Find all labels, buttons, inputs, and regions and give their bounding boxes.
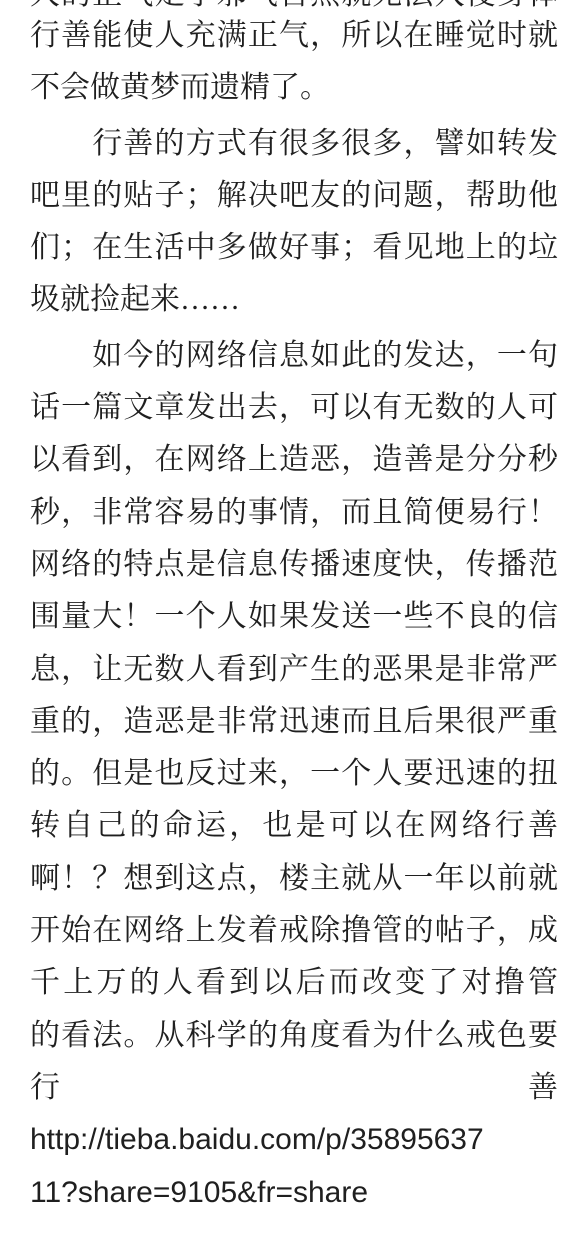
spread-left-char: 行 [30,1062,60,1114]
text-line: 话一篇文章发出去，可以有无数的人可 [30,382,558,434]
text-line: 不会做黄梦而遗精了。 [30,62,558,114]
text-line: 行善能使人充满正气，所以在睡觉时就 [30,10,558,62]
text-line: 息，让无数人看到产生的恶果是非常严 [30,644,558,696]
spread-right-char: 善 [528,1062,558,1114]
article-page: 人的正气足了邪气自然就无法入侵身体 行善能使人充满正气，所以在睡觉时就不会做黄梦… [0,0,580,1257]
text-line: 的。但是也反过来，一个人要迅速的扭 [30,748,558,800]
text-line: 以看到，在网络上造恶，造善是分分秒 [30,434,558,486]
text-line: 吧里的贴子；解决吧友的问题，帮助他 [30,170,558,222]
text-line: 网络的特点是信息传播速度快，传播范 [30,539,558,591]
text-line: 行善的方式有很多很多，譬如转发 [30,118,558,170]
text-line: 重的，造恶是非常迅速而且后果很严重 [30,696,558,748]
text-line: 开始在网络上发着戒除撸管的帖子，成 [30,905,558,957]
text-line: 们；在生活中多做好事；看见地上的垃 [30,222,558,274]
text-line: 转自己的命运，也是可以在网络行善 [30,800,558,852]
text-line: 的看法。从科学的角度看为什么戒色要 [30,1010,558,1062]
text-line: 秒，非常容易的事情，而且简便易行！ [30,487,558,539]
text-line: 啊！？想到这点，楼主就从一年以前就 [30,853,558,905]
text-line: 围量大！一个人如果发送一些不良的信 [30,591,558,643]
text-line: 如今的网络信息如此的发达，一句 [30,330,558,382]
url-text-line[interactable]: 11?share=9105&fr=share [30,1167,558,1219]
article-body: 行善能使人充满正气，所以在睡觉时就不会做黄梦而遗精了。 行善的方式有很多很多，譬… [30,10,558,1219]
text-line: 圾就捡起来…… [30,274,558,326]
text-line: 千上万的人看到以后而改变了对撸管 [30,957,558,1009]
url-text-line[interactable]: http://tieba.baidu.com/p/35895637 [30,1114,558,1166]
clipped-text: 人的正气足了邪气自然就无法入侵身体 [30,0,558,10]
clipped-text-line: 人的正气足了邪气自然就无法入侵身体 [30,0,558,10]
text-line: 行善 [30,1062,558,1114]
